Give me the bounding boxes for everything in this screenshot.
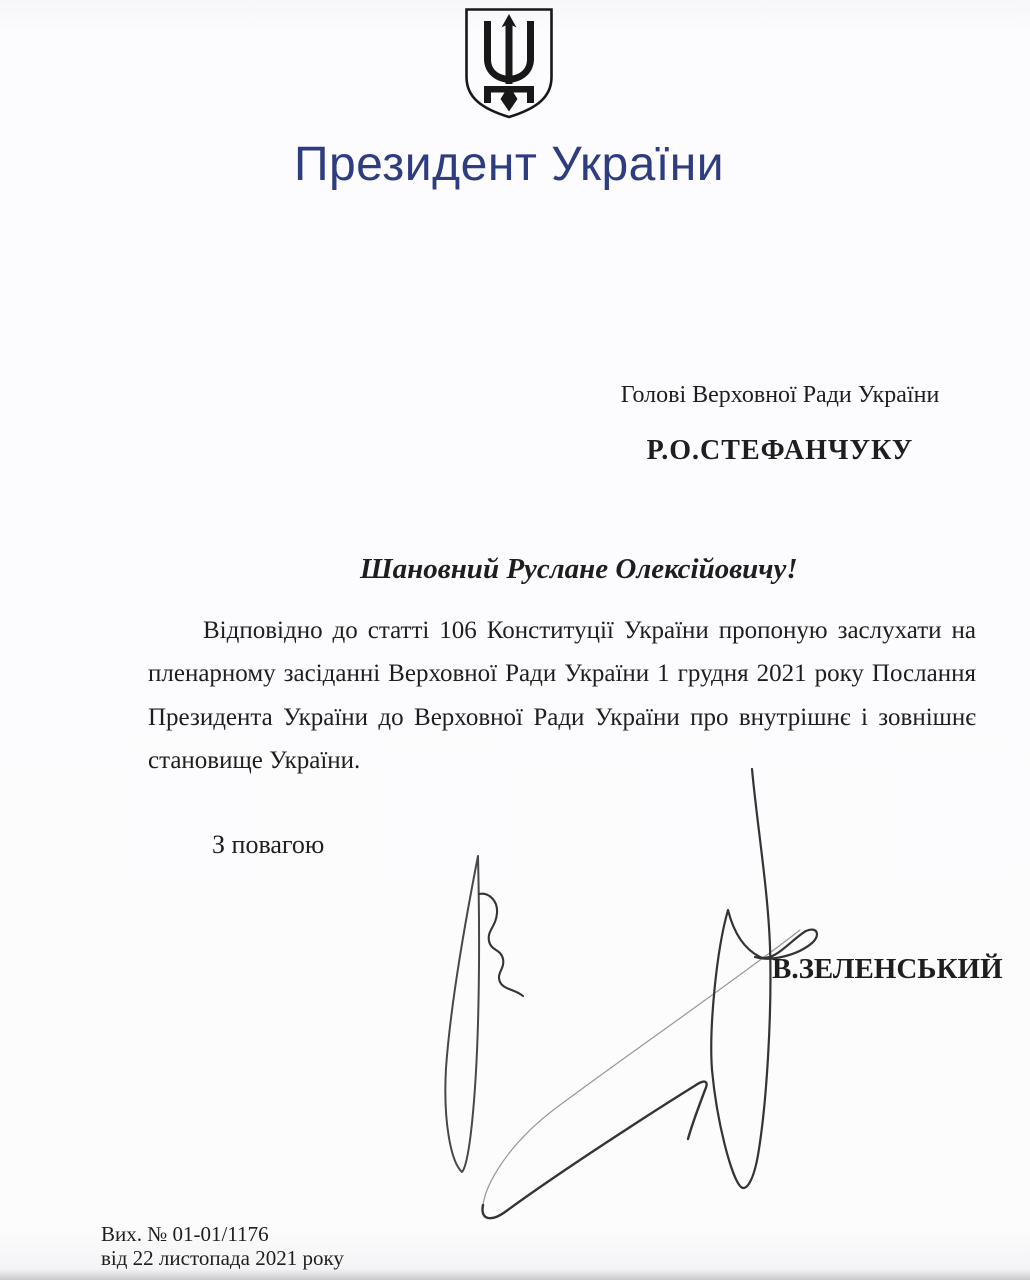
body-line: Президента України до Верховної Ради Укр… [148, 696, 976, 739]
letter-body: Відповідно до статті 106 Конституції Укр… [148, 609, 976, 782]
recipient-block: Голові Верховної Ради України Р.О.СТЕФАН… [565, 383, 995, 464]
ukraine-trident-emblem-icon [464, 7, 554, 119]
recipient-name: Р.О.СТЕФАНЧУКУ [565, 438, 995, 464]
scanned-letter-page: Президент України Голові Верховної Ради … [0, 0, 1030, 1280]
page-title: Президент України [0, 141, 1018, 189]
signer-name: В.ЗЕЛЕНСЬКИЙ [772, 955, 1003, 984]
signature-scribble [420, 758, 862, 1230]
body-line: пленарному засіданні Верховної Ради Укра… [148, 652, 976, 695]
body-line: Відповідно до статті 106 Конституції Укр… [148, 609, 976, 652]
reference-block: Вих. № 01-01/1176 від 22 листопада 2021 … [101, 1223, 344, 1270]
recipient-position: Голові Верховної Ради України [565, 383, 995, 407]
salutation: Шановний Руслане Олексійовичу! [360, 555, 798, 584]
reference-date: від 22 листопада 2021 року [101, 1247, 344, 1271]
scan-bottom-shadow [0, 1269, 1030, 1280]
closing-phrase: З повагою [212, 832, 324, 858]
reference-number: Вих. № 01-01/1176 [101, 1223, 344, 1247]
